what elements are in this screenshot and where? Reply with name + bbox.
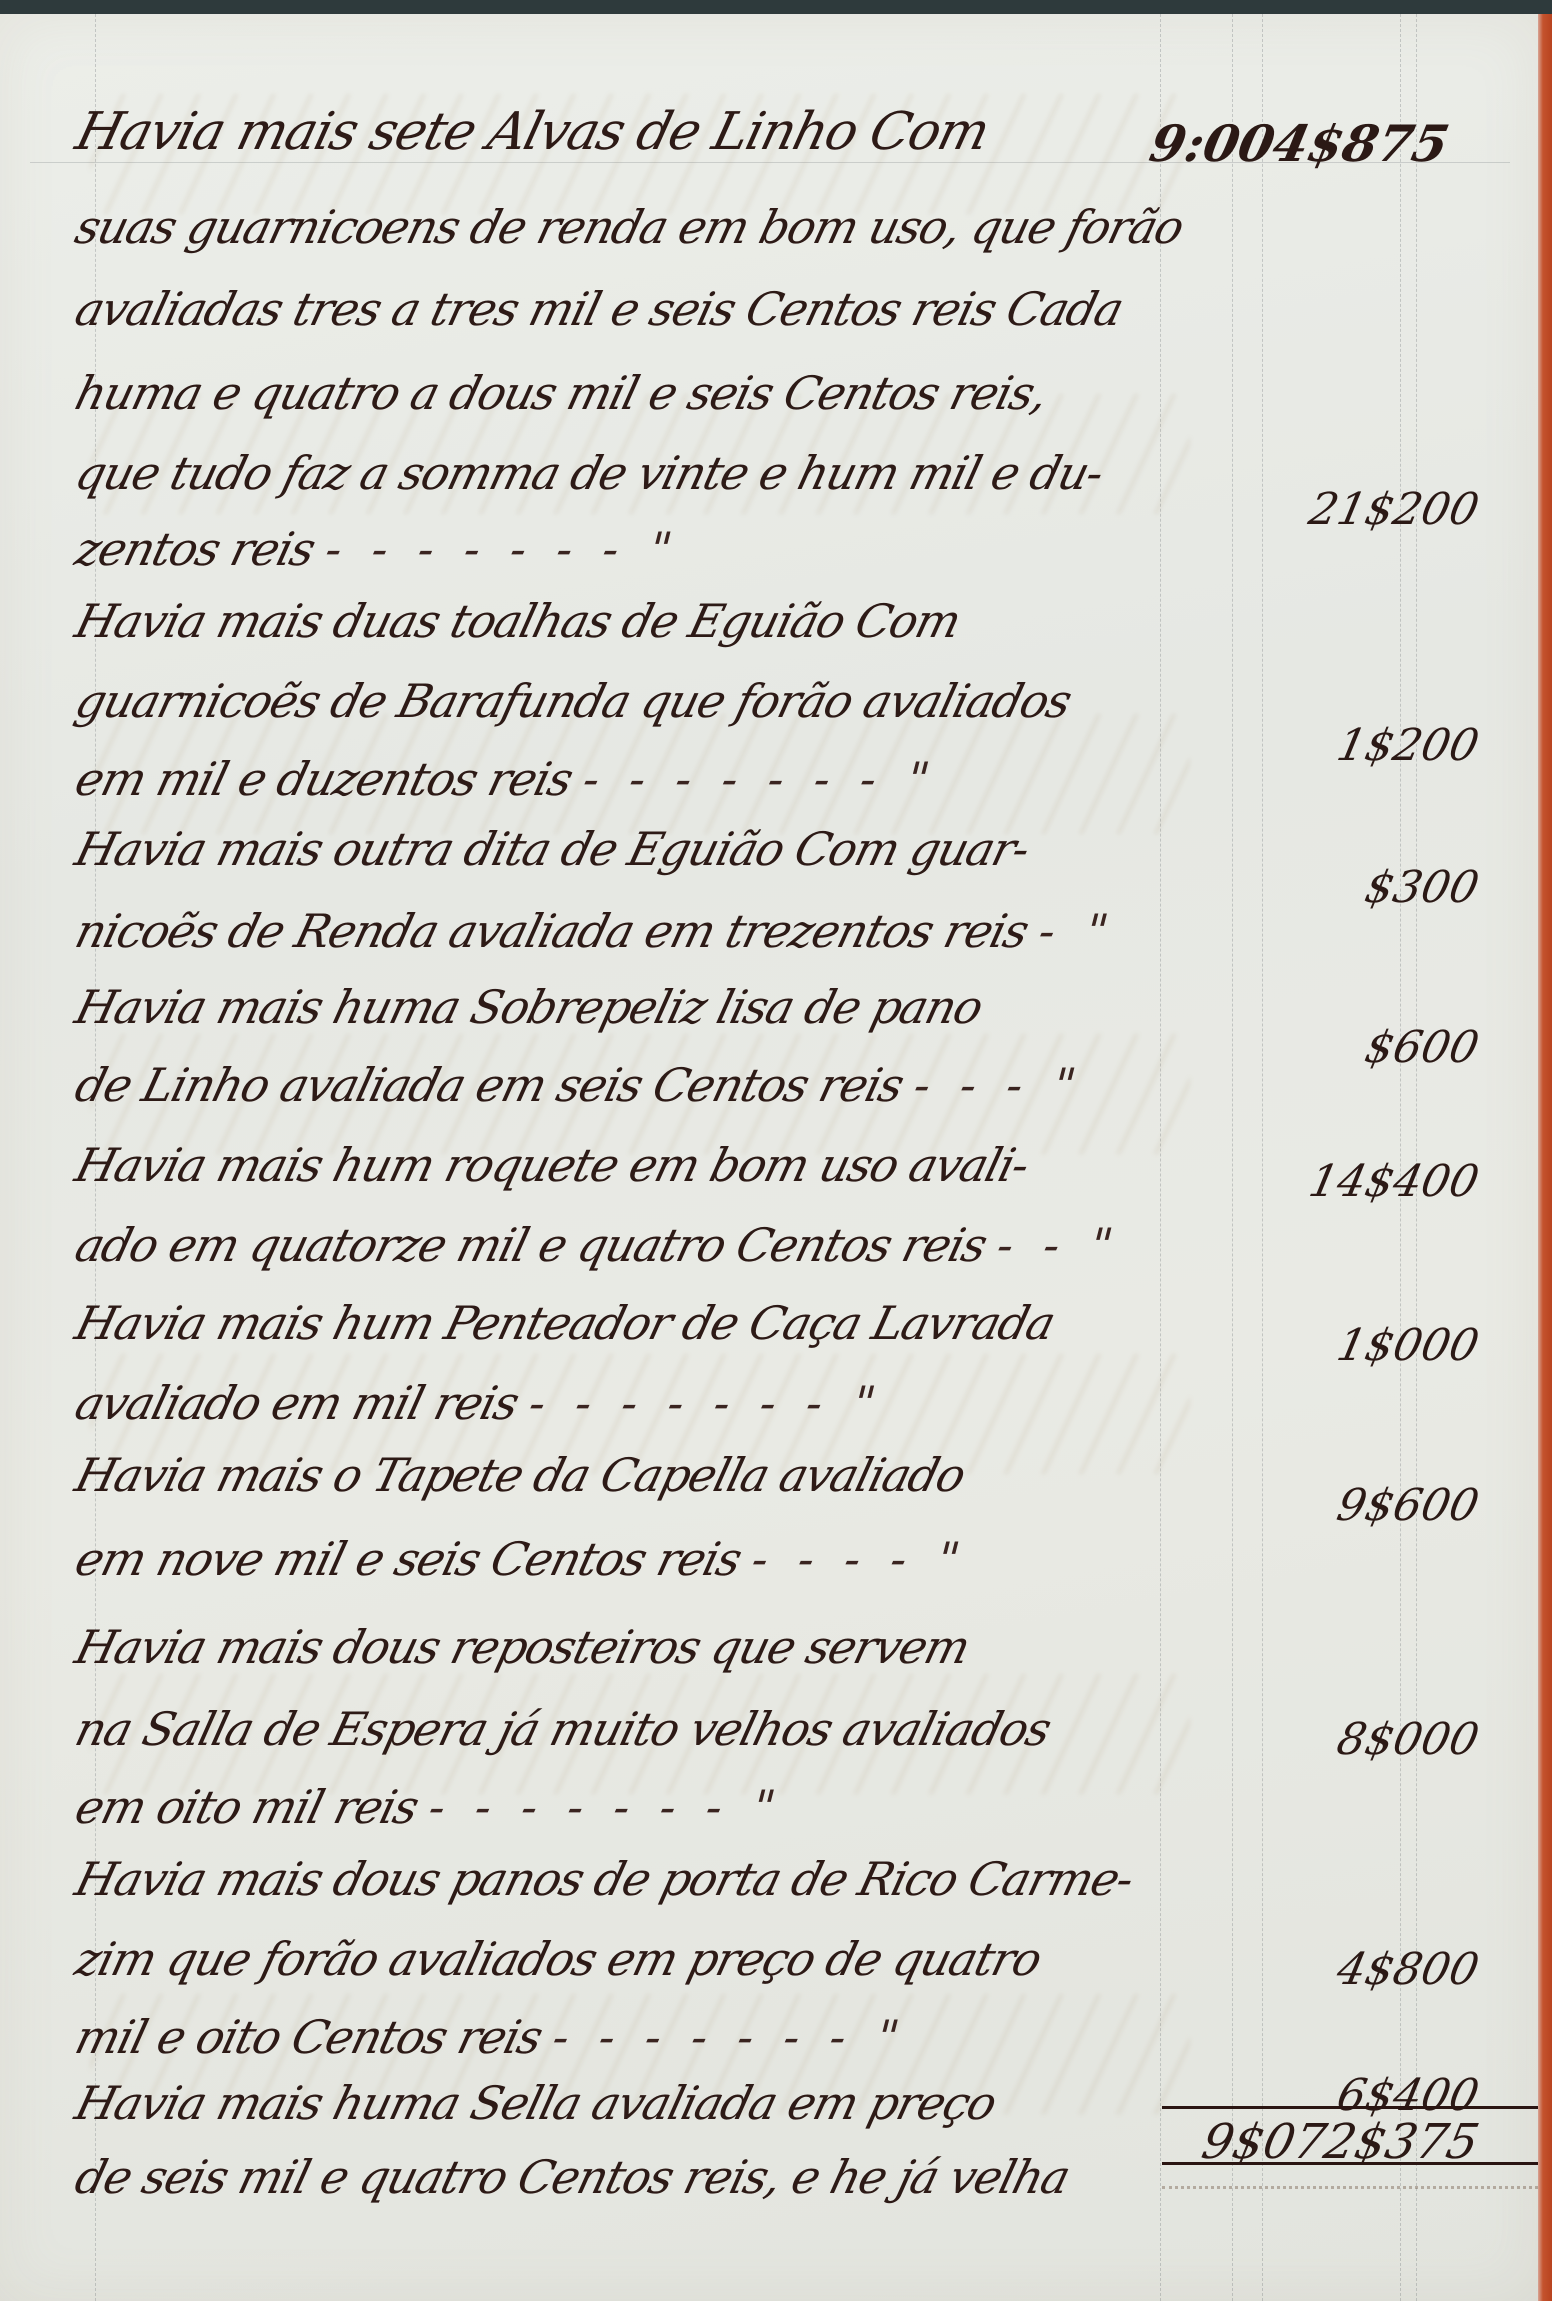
entry-line-final: ado em quatorze mil e quatro Centos reis… — [70, 1218, 1126, 1272]
entry-line-text: de Linho avaliada em seis Centos reis — [70, 1058, 908, 1112]
dash-fill: - - - - - - - " — [523, 1376, 889, 1430]
entry-line-final: em mil e duzentos reis - - - - - - - " — [70, 752, 943, 806]
total-rule-bottom — [1162, 2162, 1538, 2165]
entry-line: Havia mais huma Sella avaliada em preço — [70, 2076, 1001, 2130]
entry-amount: 1$200 — [1333, 720, 1484, 771]
dash-fill: - - " — [991, 1218, 1126, 1272]
entry-amount: 14$400 — [1305, 1156, 1484, 1207]
dash-fill: - - - - - - - " — [577, 752, 943, 806]
ledger-page: 9:004$875 Havia mais sete Alvas de Linho… — [0, 14, 1538, 2301]
total-rule-top — [1162, 2106, 1538, 2109]
entry-line: Havia mais hum roquete em bom uso avali- — [70, 1138, 1034, 1192]
entry-amount: 1$000 — [1333, 1320, 1484, 1371]
dash-fill: - - - - - - - " — [547, 2010, 913, 2064]
entry-line-text: em oito mil reis — [70, 1780, 423, 1834]
entry-line: na Salla de Espera já muito velhos avali… — [70, 1702, 1056, 1756]
entry-line: Havia mais hum Penteador de Caça Lavrada — [70, 1296, 1060, 1350]
entry-line: Havia mais sete Alvas de Linho Com — [70, 102, 994, 162]
entry-line-final: zentos reis - - - - - - - " — [70, 522, 685, 576]
entry-line: suas guarnicoens de renda em bom uso, qu… — [70, 200, 1189, 254]
entry-line: de seis mil e quatro Centos reis, e he j… — [70, 2150, 1075, 2204]
entry-line: Havia mais o Tapete da Capella avaliado — [70, 1448, 970, 1502]
entry-line-text: zentos reis — [70, 522, 320, 576]
entry-line: Havia mais duas toalhas de Eguião Com — [70, 594, 965, 648]
entry-line-final: de Linho avaliada em seis Centos reis - … — [70, 1058, 1089, 1112]
entry-line-text: mil e oito Centos reis — [70, 2010, 547, 2064]
entry-line-final: em oito mil reis - - - - - - - " — [70, 1780, 789, 1834]
dash-fill: - - - - - - - " — [320, 522, 686, 576]
entry-line-final: avaliado em mil reis - - - - - - - " — [70, 1376, 889, 1430]
entry-line: Havia mais outra dita de Eguião Com guar… — [70, 822, 1034, 876]
entry-line-text: avaliado em mil reis — [70, 1376, 524, 1430]
entry-line: Havia mais dous panos de porta de Rico C… — [70, 1852, 1138, 1906]
entry-amount: $300 — [1361, 862, 1484, 913]
entry-line-final: em nove mil e seis Centos reis - - - - " — [70, 1532, 973, 1586]
entry-line-text: em nove mil e seis Centos reis — [70, 1532, 746, 1586]
entry-amount: 4$800 — [1333, 1944, 1484, 1995]
entry-line: que tudo faz a somma de vinte e hum mil … — [70, 446, 1108, 500]
entry-line-text: nicoẽs de Renda avaliada em trezentos re… — [70, 904, 1033, 958]
carried-forward-amount: 9:004$875 — [1145, 114, 1454, 173]
entry-amount: 9$600 — [1333, 1480, 1484, 1531]
column-rule-2 — [1232, 14, 1233, 2301]
entry-line-text: em mil e duzentos reis — [70, 752, 578, 806]
entry-amount: 8$000 — [1333, 1714, 1484, 1765]
total-rule-bleed — [1162, 2186, 1538, 2189]
entry-line-final: mil e oito Centos reis - - - - - - - " — [70, 2010, 913, 2064]
dash-fill: - - - - - - - " — [423, 1780, 789, 1834]
entry-line: Havia mais huma Sobrepeliz lisa de pano — [70, 980, 988, 1034]
entry-amount: $600 — [1361, 1022, 1484, 1073]
entry-line: Havia mais dous reposteiros que servem — [70, 1620, 975, 1674]
entry-line-text: ado em quatorze mil e quatro Centos reis — [70, 1218, 992, 1272]
dash-fill: - - - - " — [746, 1532, 973, 1586]
dash-fill: - " — [1033, 904, 1122, 958]
entry-line: zim que forão avaliados em preço de quat… — [70, 1932, 1046, 1986]
column-rule-3 — [1262, 14, 1263, 2301]
column-rule-1 — [1160, 14, 1161, 2301]
entry-line: guarnicoẽs de Barafunda que forão avalia… — [70, 674, 1076, 728]
entry-line-final: nicoẽs de Renda avaliada em trezentos re… — [70, 904, 1122, 958]
entry-amount: 21$200 — [1305, 484, 1484, 535]
entry-line: huma e quatro a dous mil e seis Centos r… — [70, 366, 1052, 420]
dash-fill: - - - " — [908, 1058, 1089, 1112]
page-edge-red — [1538, 14, 1552, 2301]
entry-line: avaliadas tres a tres mil e seis Centos … — [70, 282, 1128, 336]
